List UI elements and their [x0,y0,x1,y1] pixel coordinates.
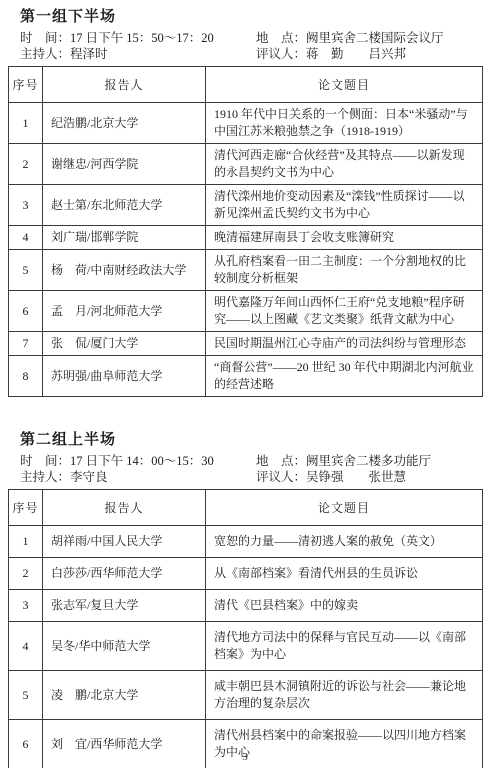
cell-no: 5 [9,671,43,720]
cell-paper-title: 从《南部档案》看清代州县的生员诉讼 [206,558,483,590]
cell-paper-title: 明代嘉隆万年间山西怀仁王府“兑支地粮”程序研究——以上图藏《艺文类聚》纸背文献为… [206,291,483,332]
cell-no: 2 [9,558,43,590]
cell-no: 1 [9,526,43,558]
cell-no: 1 [9,103,43,144]
table-row: 2谢继忠/河西学院清代河西走廊“合伙经营”及其特点——以新发现的永昌契约文书为中… [9,144,483,185]
session-time: 时 间：17 日下午 15：50～17：20 [20,30,256,46]
header-presenter: 报告人 [43,490,206,526]
papers-table-session-1: 序号 报告人 论文题目 1纪浩鹏/北京大学1910 年代中日关系的一个侧面：日本… [8,66,483,397]
cell-presenter: 张 侃/厦门大学 [43,332,206,356]
session-host: 主持人：李守良 [20,469,256,485]
time-value: 17 日下午 14：00～15：30 [70,454,214,468]
cell-no: 5 [9,250,43,291]
session-title: 第二组上半场 [20,430,482,450]
session-host: 主持人：程泽时 [20,46,256,62]
host-value: 程泽时 [70,47,108,61]
table-row: 1纪浩鹏/北京大学1910 年代中日关系的一个侧面：日本“米骚动”与中国江苏米粮… [9,103,483,144]
table-row: 5凌 鹏/北京大学咸丰朝巴县木洞镇附近的诉讼与社会——兼论地方治理的复杂层次 [9,671,483,720]
session-2: 第二组上半场 时 间：17 日下午 14：00～15：30 地 点：阙里宾舍二楼… [8,430,482,768]
conference-program-page: 第一组下半场 时 间：17 日下午 15：50～17：20 地 点：阙里宾舍二楼… [0,0,490,768]
session-info-row: 时 间：17 日下午 15：50～17：20 地 点：阙里宾舍二楼国际会议厅 [20,30,482,46]
cell-no: 8 [9,356,43,397]
table-row: 4吴冬/华中师范大学清代地方司法中的保释与官民互动——以《南部档案》为中心 [9,622,483,671]
cell-presenter: 赵士第/东北师范大学 [43,185,206,226]
cell-paper-title: 清代河西走廊“合伙经营”及其特点——以新发现的永昌契约文书为中心 [206,144,483,185]
cell-paper-title: 晚清福建屏南县丁会收支账簿研究 [206,226,483,250]
session-place: 地 点：阙里宾舍二楼多功能厅 [256,453,482,469]
cell-presenter: 杨 荷/中南财经政法大学 [43,250,206,291]
cell-paper-title: 1910 年代中日关系的一个侧面：日本“米骚动”与中国江苏米粮弛禁之争（1918… [206,103,483,144]
reviewers-label: 评议人： [256,470,306,484]
cell-presenter: 张志军/复旦大学 [43,590,206,622]
place-value: 阙里宾舍二楼多功能厅 [306,454,431,468]
table-row: 5杨 荷/中南财经政法大学从孔府档案看一田二主制度：一个分割地权的比较制度分析框… [9,250,483,291]
session-info-row: 时 间：17 日下午 14：00～15：30 地 点：阙里宾舍二楼多功能厅 [20,453,482,469]
page-number: 3 [0,751,490,763]
place-label: 地 点： [256,454,306,468]
cell-no: 7 [9,332,43,356]
session-info-row: 主持人：程泽时 评议人：蒋 勤 吕兴邦 [20,46,482,62]
header-no: 序号 [9,490,43,526]
session-reviewers: 评议人：蒋 勤 吕兴邦 [256,46,482,62]
table-row: 4刘广瑞/邯郸学院晚清福建屏南县丁会收支账簿研究 [9,226,483,250]
cell-presenter: 刘广瑞/邯郸学院 [43,226,206,250]
header-presenter: 报告人 [43,67,206,103]
cell-presenter: 白莎莎/西华师范大学 [43,558,206,590]
table-row: 7张 侃/厦门大学民国时期温州江心寺庙产的司法纠纷与管理形态 [9,332,483,356]
cell-no: 6 [9,291,43,332]
header-paper-title: 论文题目 [206,67,483,103]
cell-no: 4 [9,226,43,250]
reviewers-value: 吴铮强 张世慧 [306,470,406,484]
cell-paper-title: 清代滦州地价变动因素及“滦钱”性质探讨——以新见滦州孟氏契约文书为中心 [206,185,483,226]
table-row: 6孟 月/河北师范大学明代嘉隆万年间山西怀仁王府“兑支地粮”程序研究——以上图藏… [9,291,483,332]
place-value: 阙里宾舍二楼国际会议厅 [306,31,444,45]
cell-no: 2 [9,144,43,185]
cell-presenter: 纪浩鹏/北京大学 [43,103,206,144]
host-value: 李守良 [70,470,108,484]
cell-presenter: 孟 月/河北师范大学 [43,291,206,332]
time-label: 时 间： [20,454,70,468]
session-info-row: 主持人：李守良 评议人：吴铮强 张世慧 [20,469,482,485]
cell-paper-title: 清代地方司法中的保释与官民互动——以《南部档案》为中心 [206,622,483,671]
table-row: 3张志军/复旦大学清代《巴县档案》中的嫁卖 [9,590,483,622]
place-label: 地 点： [256,31,306,45]
cell-presenter: 胡祥雨/中国人民大学 [43,526,206,558]
table-header-row: 序号 报告人 论文题目 [9,490,483,526]
header-no: 序号 [9,67,43,103]
reviewers-label: 评议人： [256,47,306,61]
table-row: 3赵士第/东北师范大学清代滦州地价变动因素及“滦钱”性质探讨——以新见滦州孟氏契… [9,185,483,226]
cell-presenter: 谢继忠/河西学院 [43,144,206,185]
cell-paper-title: 咸丰朝巴县木洞镇附近的诉讼与社会——兼论地方治理的复杂层次 [206,671,483,720]
host-label: 主持人： [20,470,70,484]
cell-no: 3 [9,185,43,226]
cell-no: 3 [9,590,43,622]
cell-paper-title: 民国时期温州江心寺庙产的司法纠纷与管理形态 [206,332,483,356]
host-label: 主持人： [20,47,70,61]
cell-presenter: 苏明强/曲阜师范大学 [43,356,206,397]
session-1: 第一组下半场 时 间：17 日下午 15：50～17：20 地 点：阙里宾舍二楼… [8,0,482,397]
cell-paper-title: 宽恕的力量——清初逃人案的赦免（英文） [206,526,483,558]
header-paper-title: 论文题目 [206,490,483,526]
time-label: 时 间： [20,31,70,45]
session-time: 时 间：17 日下午 14：00～15：30 [20,453,256,469]
session-title: 第一组下半场 [20,7,482,27]
table-header-row: 序号 报告人 论文题目 [9,67,483,103]
session-place: 地 点：阙里宾舍二楼国际会议厅 [256,30,482,46]
papers-table-session-2: 序号 报告人 论文题目 1胡祥雨/中国人民大学宽恕的力量——清初逃人案的赦免（英… [8,489,483,768]
cell-paper-title: “商督公营”——20 世纪 30 年代中期湖北内河航业的经营述略 [206,356,483,397]
cell-no: 4 [9,622,43,671]
reviewers-value: 蒋 勤 吕兴邦 [306,47,406,61]
cell-presenter: 吴冬/华中师范大学 [43,622,206,671]
cell-paper-title: 清代《巴县档案》中的嫁卖 [206,590,483,622]
table-row: 2白莎莎/西华师范大学从《南部档案》看清代州县的生员诉讼 [9,558,483,590]
cell-presenter: 凌 鹏/北京大学 [43,671,206,720]
session-reviewers: 评议人：吴铮强 张世慧 [256,469,482,485]
time-value: 17 日下午 15：50～17：20 [70,31,214,45]
table-row: 8苏明强/曲阜师范大学“商督公营”——20 世纪 30 年代中期湖北内河航业的经… [9,356,483,397]
table-row: 1胡祥雨/中国人民大学宽恕的力量——清初逃人案的赦免（英文） [9,526,483,558]
cell-paper-title: 从孔府档案看一田二主制度：一个分割地权的比较制度分析框架 [206,250,483,291]
